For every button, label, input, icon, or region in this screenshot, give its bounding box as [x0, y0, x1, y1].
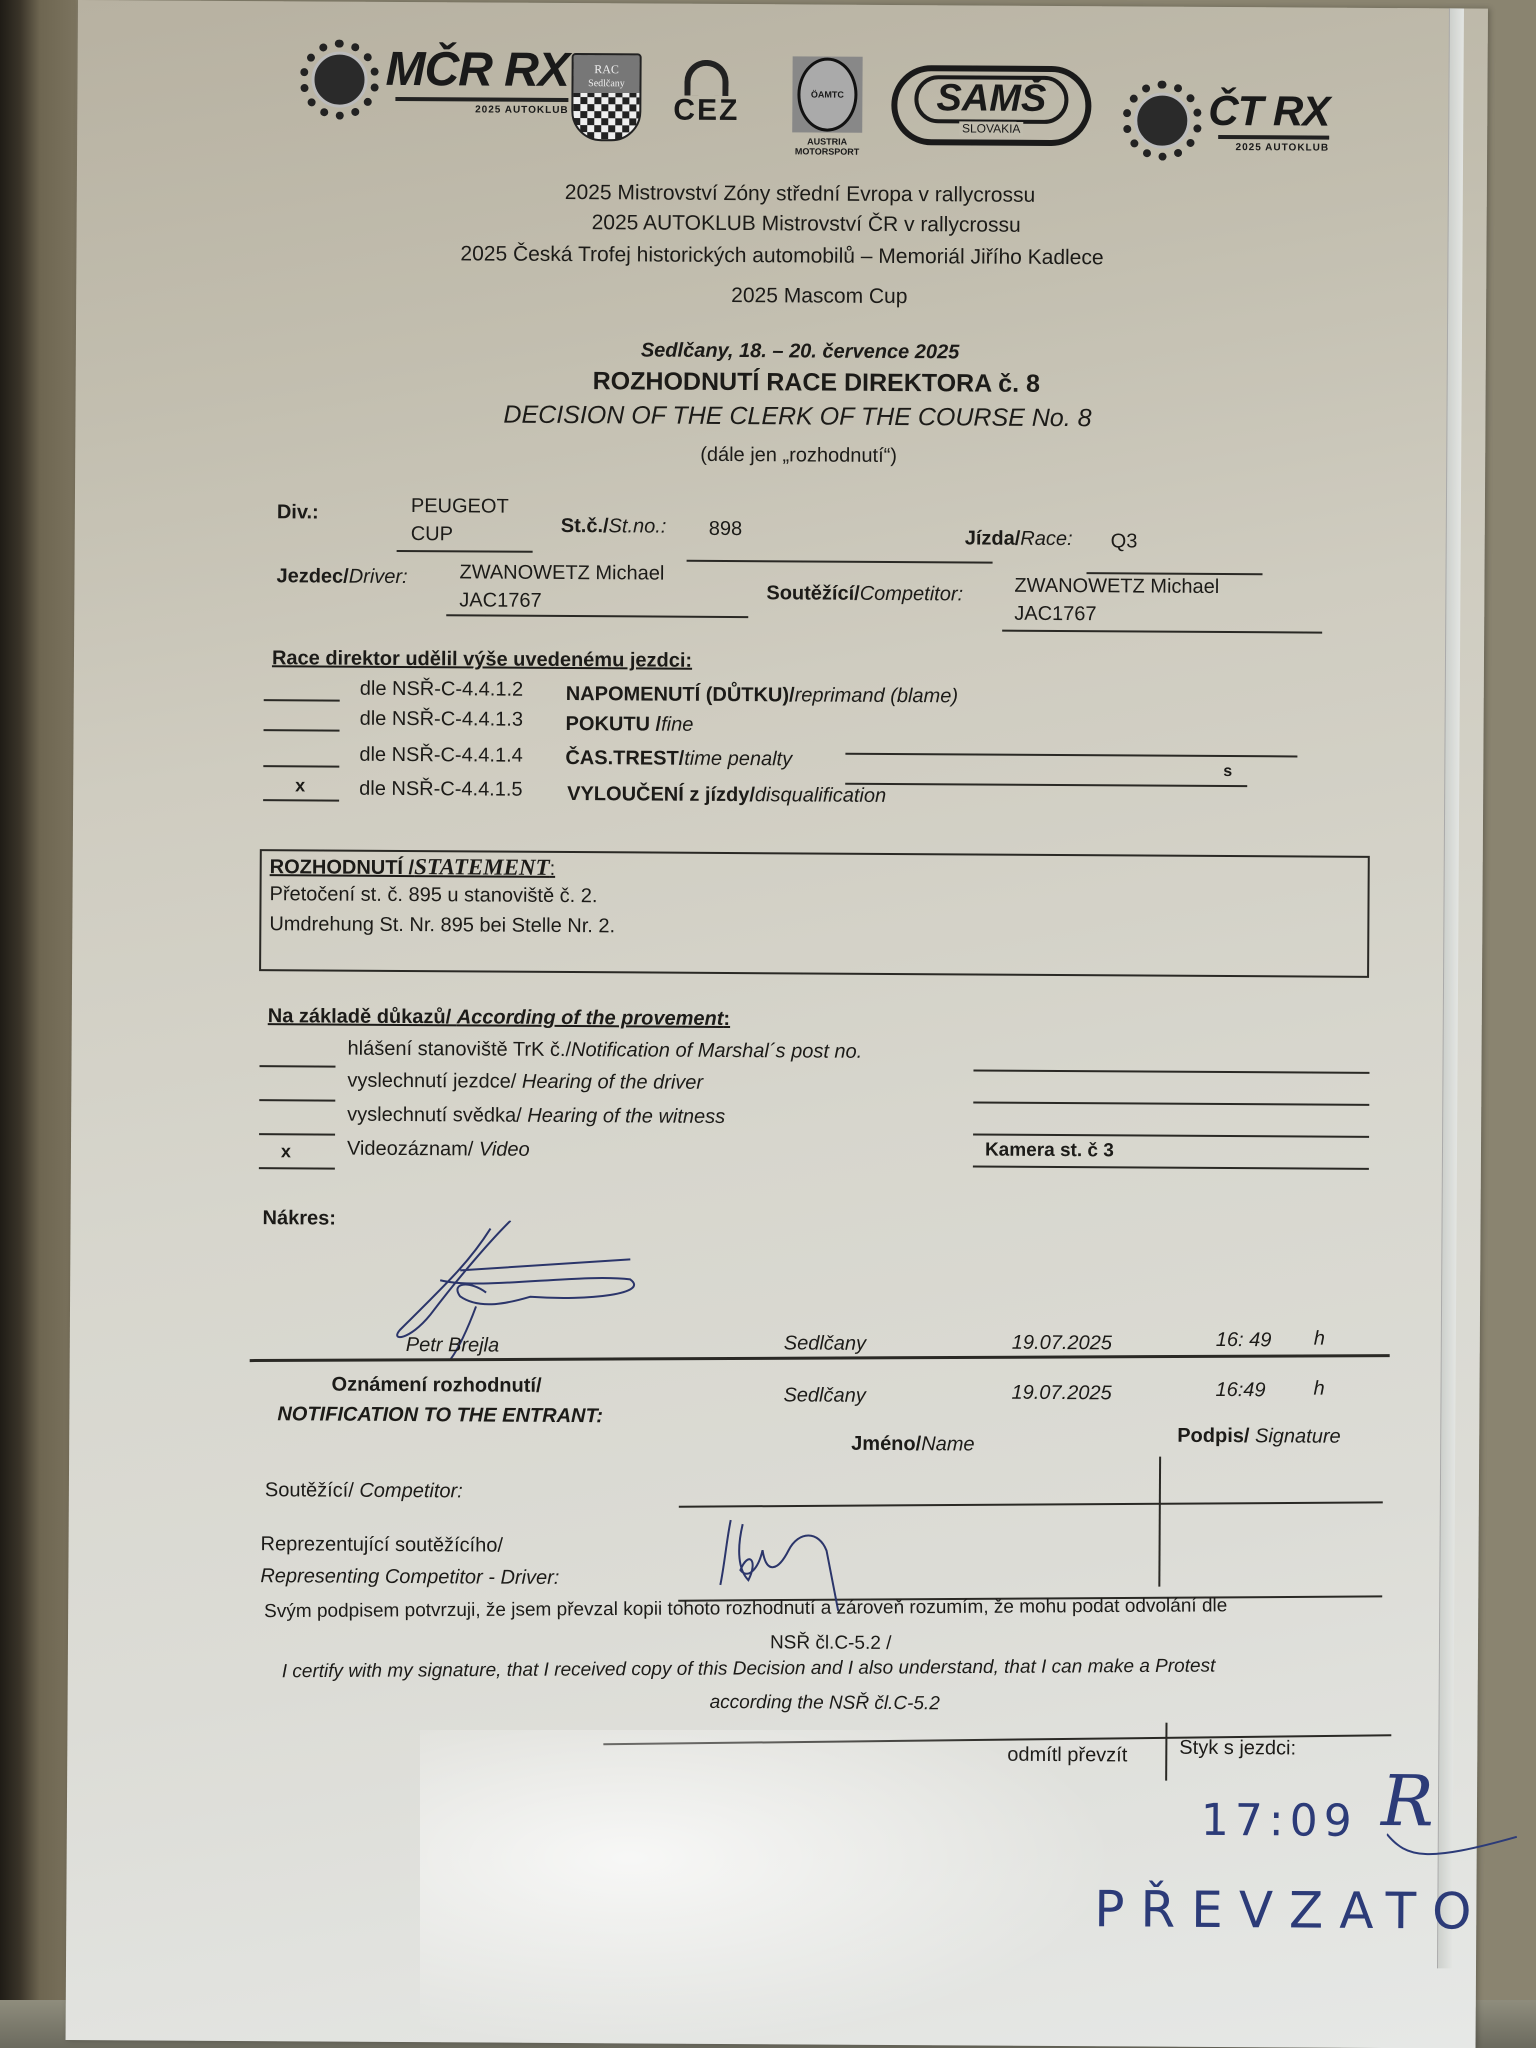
penalty-mark: x [285, 775, 315, 796]
penalty-checkbox-line[interactable] [263, 765, 339, 767]
penalty-label-cz: VYLOUČENÍ z jízdy/ [567, 783, 755, 806]
decision-title-en: DECISION OF THE CLERK OF THE COURSE No. … [503, 401, 1091, 434]
logo-title: ÖAMTC [811, 89, 844, 99]
refused-label: odmítl převzít [1007, 1744, 1127, 1768]
penalty-row[interactable]: x dle NSŘ-C-4.4.1.5 VYLOUČENÍ z jízdy/di… [78, 0, 1488, 9]
stno-label-cz: St.č./ [561, 515, 609, 537]
competitor-label-cz: Soutěžící/ [766, 582, 859, 605]
penalty-label: VYLOUČENÍ z jízdy/disqualification [567, 783, 886, 808]
fine-amount-line[interactable] [845, 753, 1297, 758]
evidence-row[interactable]: x Videozáznam/ Video Kamera st. č 3 [78, 0, 1488, 9]
signoff-time-unit: h [1314, 1328, 1325, 1351]
notification-time-unit: h [1313, 1378, 1324, 1401]
driver-value: ZWANOWETZ Michael JAC1767 [459, 558, 664, 615]
column-signature-cz: Podpis/ [1177, 1425, 1255, 1447]
venue-date: Sedlčany, 18. – 20. července 2025 [641, 339, 960, 364]
evidence-checkbox-line[interactable] [259, 1167, 335, 1169]
logo-subtitle: AUSTRIA MOTORSPORT [787, 136, 867, 156]
certification-cz-line2: NSŘ čl.C-5.2 / [770, 1632, 892, 1655]
gear-lion-emblem-icon [299, 39, 379, 119]
competitor-signature-label-en: Competitor: [359, 1480, 463, 1503]
penalty-label-en: fine [661, 714, 693, 736]
evidence-row[interactable]: hlášení stanoviště TrK č./Notification o… [78, 0, 1488, 9]
handwritten-stroke [1387, 1828, 1527, 1869]
evidence-checkbox-line[interactable] [259, 1099, 335, 1101]
column-name-en: Name [921, 1433, 974, 1455]
penalty-checkbox-line[interactable] [263, 799, 339, 801]
notification-label-cz: Oznámení rozhodnutí/ [331, 1374, 541, 1398]
time-penalty-unit: s [1223, 763, 1232, 781]
evidence-label: vyslechnutí svědka/ Hearing of the witne… [347, 1104, 725, 1129]
competitor-signature-line[interactable] [679, 1501, 1383, 1507]
evidence-value-line[interactable] [973, 1165, 1369, 1169]
evidence-value-line[interactable] [973, 1101, 1369, 1105]
stno-label-en: St.no.: [609, 515, 667, 537]
official-name: Petr Brejla [406, 1334, 500, 1358]
evidence-heading-cz: Na základě důkazů/ [268, 1005, 457, 1028]
statement-heading-en: STATEMENT [414, 854, 550, 880]
column-name-cz: Jméno/ [851, 1433, 921, 1455]
representative-label-en: Representing Competitor - Driver: [260, 1565, 559, 1590]
logo-cez: CEZ [673, 60, 739, 126]
penalty-label-cz: NAPOMENUTÍ (DŮTKU)/ [566, 683, 795, 706]
statement-heading-colon: : [550, 858, 556, 880]
logo-subtitle: 2025 AUTOKLUB [385, 103, 568, 115]
amtc-emblem-icon: ÖAMTC [797, 57, 857, 131]
notification-place: Sedlčany [783, 1384, 865, 1408]
evidence-checkbox-line[interactable] [259, 1133, 335, 1135]
time-penalty-line[interactable] [845, 783, 1247, 787]
logo-rac: RACSedlčany [571, 53, 642, 141]
div-value: PEUGEOT CUP [411, 492, 509, 549]
penalties-heading: Race direktor udělil výše uvedenému jezd… [272, 647, 692, 673]
stno-underline [687, 560, 993, 564]
logo-title: SAMŠ [914, 75, 1068, 124]
penalty-checkbox-line[interactable] [264, 699, 340, 701]
penalty-rule: dle NSŘ-C-4.4.1.5 [359, 778, 523, 802]
handwritten-time: 17:09 [1201, 1795, 1358, 1847]
penalty-label-cz: ČAS.TREST/ [565, 747, 684, 770]
driver-label: Jezdec/Driver: [276, 565, 407, 589]
championship-line-1: 2025 Mistrovství Zóny střední Evropa v r… [565, 181, 1035, 208]
evidence-label-en: Notification of Marshal´s post no. [571, 1039, 862, 1063]
evidence-label: Videozáznam/ Video [347, 1138, 530, 1162]
evidence-heading-en: According of the provement [457, 1006, 724, 1030]
stacked-page-edge [1437, 8, 1464, 1968]
driver-name: ZWANOWETZ Michael [459, 558, 664, 587]
competitor-licence: JAC1767 [1014, 600, 1219, 629]
div-label: Div.: [277, 501, 319, 524]
certification-cz-line1: Svým podpisem potvrzuji, že jsem převzal… [264, 1595, 1227, 1623]
column-signature-en: Signature [1255, 1425, 1341, 1448]
evidence-label-cz: hlášení stanoviště TrK č./ [348, 1038, 572, 1061]
competitor-label-en: Competitor: [860, 583, 964, 606]
document-page: MČR RX 2025 AUTOKLUB RACSedlčany CEZ ÖAM… [66, 0, 1488, 2048]
penalty-label-en: disqualification [755, 784, 886, 807]
driver-underline [446, 614, 748, 618]
statement-heading: ROZHODNUTÍ /STATEMENT: [270, 853, 556, 881]
competitor-label: Soutěžící/Competitor: [766, 582, 963, 606]
evidence-heading-colon: : [723, 1008, 730, 1030]
penalty-rule: dle NSŘ-C-4.4.1.2 [360, 678, 524, 702]
evidence-label-cz: vyslechnutí jezdce/ [347, 1070, 522, 1093]
logo-title: RAC [594, 62, 619, 76]
driver-label-en: Driver: [349, 566, 408, 588]
championship-line-4: 2025 Mascom Cup [731, 284, 907, 309]
race-label-cz: Jízda/ [965, 527, 1021, 549]
evidence-label-cz: Videozáznam/ [347, 1138, 479, 1161]
statement-text-cz: Přetočení st. č. 895 u stanoviště č. 2. [269, 883, 597, 908]
column-signature-header: Podpis/ Signature [1177, 1425, 1341, 1449]
logo-amtc: ÖAMTC AUSTRIA MOTORSPORT [787, 56, 868, 156]
evidence-row[interactable]: vyslechnutí jezdce/ Hearing of the drive… [78, 0, 1488, 9]
logo-subtitle: SLOVAKIA [959, 121, 1024, 135]
race-value: Q3 [1111, 530, 1138, 553]
competitor-value: ZWANOWETZ Michael JAC1767 [1014, 572, 1219, 629]
contact-label: Styk s jezdci: [1179, 1737, 1296, 1761]
evidence-label: vyslechnutí jezdce/ Hearing of the drive… [347, 1070, 703, 1095]
penalty-label-en: reprimand (blame) [795, 684, 959, 707]
competitor-signature-label-cz: Soutěžící/ [265, 1479, 360, 1502]
penalty-row[interactable]: dle NSŘ-C-4.4.1.2 NAPOMENUTÍ (DŮTKU)/rep… [78, 0, 1488, 9]
div-underline [397, 550, 533, 553]
penalty-label: ČAS.TREST/time penalty [565, 747, 792, 771]
driver-label-cz: Jezdec/ [276, 565, 348, 587]
competitor-name: ZWANOWETZ Michael [1014, 572, 1219, 601]
championship-line-2: 2025 AUTOKLUB Mistrovství ČR v rallycros… [592, 211, 1021, 238]
footer-divider [1165, 1723, 1167, 1781]
arc-icon [684, 60, 728, 96]
competitor-signature-label: Soutěžící/ Competitor: [265, 1479, 463, 1503]
logo-subtitle: 2025 AUTOKLUB [1208, 141, 1329, 153]
evidence-value-line[interactable] [973, 1069, 1369, 1073]
logo-subtitle: Sedlčany [588, 78, 625, 89]
evidence-label-cz: vyslechnutí svědka/ [347, 1104, 527, 1127]
logo-title: CEZ [673, 96, 739, 126]
certification-en-line1: I certify with my signature, that I rece… [282, 1656, 1216, 1684]
decision-title-cz: ROZHODNUTÍ RACE DIREKTORA č. 8 [593, 367, 1040, 399]
race-label: Jízda/Race: [965, 527, 1073, 551]
evidence-label-en: Hearing of the witness [527, 1105, 725, 1128]
notification-time: 16:49 [1215, 1379, 1265, 1402]
notification-date: 19.07.2025 [1011, 1382, 1111, 1406]
evidence-value: Kamera st. č 3 [985, 1140, 1114, 1163]
handwritten-note: PŘEVZATO [1094, 1880, 1488, 1940]
signoff-place: Sedlčany [784, 1332, 866, 1356]
statement-heading-cz: ROZHODNUTÍ / [270, 856, 415, 879]
evidence-checkbox-line[interactable] [259, 1065, 335, 1067]
penalty-label: POKUTU /fine [566, 713, 694, 737]
penalty-row[interactable]: dle NSŘ-C-4.4.1.3 POKUTU /fine [78, 0, 1488, 9]
certification-en-line2: according the NSŘ čl.C-5.2 [710, 1692, 940, 1715]
penalty-rule: dle NSŘ-C-4.4.1.3 [360, 708, 524, 732]
gear-lion-emblem-icon [1122, 80, 1202, 160]
evidence-row[interactable]: vyslechnutí svědka/ Hearing of the witne… [78, 0, 1488, 9]
div-value-line2: CUP [411, 520, 509, 549]
logo-mcr-rx: MČR RX 2025 AUTOKLUB [299, 39, 569, 121]
evidence-value-line[interactable] [973, 1133, 1369, 1137]
stno-label: St.č./St.no.: [561, 515, 667, 539]
stno-value: 898 [709, 518, 743, 541]
race-label-en: Race: [1020, 528, 1072, 550]
statement-text-de: Umdrehung St. Nr. 895 bei Stelle Nr. 2. [269, 913, 615, 938]
signoff-time: 16: 49 [1216, 1329, 1272, 1352]
checkered-shield-icon: RACSedlčany [571, 53, 642, 141]
sketch-label: Nákres: [262, 1207, 336, 1230]
logo-title: MČR RX [385, 45, 569, 94]
penalty-row[interactable]: dle NSŘ-C-4.4.1.4 ČAS.TREST/time penalty… [78, 0, 1488, 9]
evidence-label: hlášení stanoviště TrK č./Notification o… [348, 1038, 863, 1064]
penalty-label-cz: POKUTU / [566, 713, 662, 736]
penalty-label-en: time penalty [684, 748, 792, 771]
penalty-label: NAPOMENUTÍ (DŮTKU)/reprimand (blame) [566, 683, 958, 708]
championship-line-3: 2025 Česká Trofej historických automobil… [460, 242, 1103, 270]
decision-subtitle: (dále jen „rozhodnutí“) [700, 444, 897, 468]
signoff-date: 19.07.2025 [1012, 1332, 1112, 1356]
competitor-underline [1002, 630, 1322, 634]
statement-box: ROZHODNUTÍ /STATEMENT: Přetočení st. č. … [259, 849, 1370, 978]
driver-licence: JAC1767 [459, 586, 664, 615]
notification-label-en: NOTIFICATION TO THE ENTRANT: [277, 1403, 603, 1428]
logo-sams: SAMŠ SLOVAKIA [891, 65, 1091, 146]
column-name-header: Jméno/Name [851, 1433, 975, 1457]
div-value-line1: PEUGEOT [411, 492, 509, 521]
logo-title: ČT RX [1208, 89, 1329, 132]
evidence-label-en: Video [479, 1138, 530, 1160]
evidence-label-en: Hearing of the driver [522, 1071, 703, 1094]
representative-label-cz: Reprezentující soutěžícího/ [260, 1533, 502, 1557]
evidence-mark: x [281, 1141, 291, 1162]
penalty-checkbox-line[interactable] [264, 729, 340, 731]
evidence-heading: Na základě důkazů/ According of the prov… [268, 1005, 730, 1031]
penalty-rule: dle NSŘ-C-4.4.1.4 [359, 744, 523, 768]
name-signature-divider [1158, 1457, 1161, 1587]
logo-ct-rx: ČT RX 2025 AUTOKLUB [1122, 80, 1329, 161]
